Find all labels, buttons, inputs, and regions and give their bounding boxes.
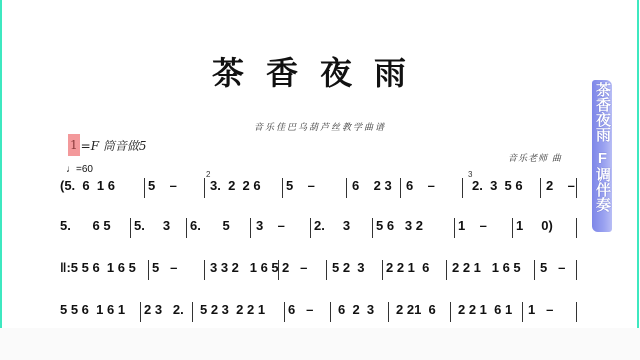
measure: 2. 3 5 6	[472, 178, 523, 193]
measure: 6 –	[288, 302, 313, 317]
measure: ‖:5 5 6 1 6 5	[60, 260, 136, 275]
measure: 5 5 6 1 6 1	[60, 302, 125, 317]
measure: 2 3 2.	[144, 302, 184, 317]
barline	[330, 302, 331, 322]
barline	[204, 260, 205, 280]
measure: 3 –	[256, 218, 285, 233]
measure: 2 2 1 6 1	[458, 302, 512, 317]
barline	[250, 218, 251, 238]
measure: 1 –	[458, 218, 487, 233]
barline	[534, 260, 535, 280]
right-accent-border	[637, 0, 639, 328]
barline	[140, 302, 141, 322]
grace-note-mark: 3	[468, 170, 472, 179]
barline	[576, 218, 577, 238]
barline	[512, 218, 513, 238]
barline	[346, 178, 347, 198]
measure: 5 –	[148, 178, 177, 193]
barline	[462, 178, 463, 198]
measure: 2 –	[546, 178, 575, 193]
measure: (5. 6 1 6	[60, 178, 115, 193]
measure: 6 2 3	[338, 302, 374, 317]
measure: 6 –	[406, 178, 435, 193]
grace-note-mark: 2	[206, 170, 210, 179]
barline	[284, 302, 285, 322]
barline	[372, 218, 373, 238]
key-tonic-highlight: 1	[68, 134, 80, 156]
measure: 1 0)	[516, 218, 553, 233]
left-accent-border	[0, 0, 2, 328]
barline	[326, 260, 327, 280]
score-title: 茶香夜雨	[200, 48, 440, 94]
measure: 5 –	[152, 260, 177, 275]
measure: 5 2 3 2 2 1	[200, 302, 265, 317]
measure: 2 2 1 6	[386, 260, 429, 275]
barline	[204, 178, 205, 198]
measure: 2 2 1 1 6 5	[452, 260, 521, 275]
measure: 5 –	[540, 260, 565, 275]
barline	[400, 178, 401, 198]
barline	[388, 302, 389, 322]
measure: 5. 3	[134, 218, 170, 233]
score-subtitle: 音乐佳巴乌葫芦丝教学曲谱	[200, 120, 440, 133]
measure: 1 –	[528, 302, 553, 317]
measure: 2. 3	[314, 218, 350, 233]
score-line-1: (5. 6 1 65 –3. 2 2 625 –6 2 36 –2. 3 5 6…	[60, 172, 580, 206]
barline	[310, 218, 311, 238]
key-signature: 1 =F 筒音做5	[68, 134, 146, 156]
measure: 2 21 6	[396, 302, 436, 317]
barline	[576, 260, 577, 280]
side-banner-title: 茶香夜雨	[594, 82, 610, 142]
barline	[454, 218, 455, 238]
barline	[186, 218, 187, 238]
barline	[576, 302, 577, 322]
side-title-banner: 茶香夜雨 F调伴奏	[592, 80, 612, 232]
barline	[576, 178, 577, 198]
barline	[522, 302, 523, 322]
barline	[130, 218, 131, 238]
side-banner-subtitle: F调伴奏	[594, 150, 610, 212]
barline	[382, 260, 383, 280]
barline	[282, 178, 283, 198]
measure: 5 2 3	[332, 260, 365, 275]
barline	[148, 260, 149, 280]
measure: 3 3 2 1 6 5	[210, 260, 279, 275]
measure: 6. 5	[190, 218, 230, 233]
measure: 6 2 3	[352, 178, 392, 193]
measure: 5 –	[286, 178, 315, 193]
measure: 2 –	[282, 260, 307, 275]
barline	[450, 302, 451, 322]
measure: 5. 6 5	[60, 218, 111, 233]
score-line-3: ‖:5 5 6 1 6 55 –3 3 2 1 6 52 –5 2 32 2 1…	[60, 254, 580, 288]
barline	[540, 178, 541, 198]
barline	[144, 178, 145, 198]
bottom-margin	[0, 328, 640, 360]
barline	[278, 260, 279, 280]
barline	[446, 260, 447, 280]
measure: 3. 2 2 6	[210, 178, 261, 193]
key-signature-text: =F 筒音做5	[81, 137, 147, 154]
score-page: 茶香夜雨 音乐佳巴乌葫芦丝教学曲谱 1 =F 筒音做5 音乐老师 曲 ♩=60 …	[0, 0, 640, 328]
score-line-2: 5. 6 55. 36. 53 –2. 35 6 3 21 –1 0)	[60, 212, 580, 246]
score-line-4: 5 5 6 1 6 12 3 2.5 2 3 2 2 16 –6 2 32 21…	[60, 296, 580, 330]
barline	[192, 302, 193, 322]
composer-credit: 音乐老师 曲	[508, 151, 562, 164]
measure: 5 6 3 2	[376, 218, 423, 233]
